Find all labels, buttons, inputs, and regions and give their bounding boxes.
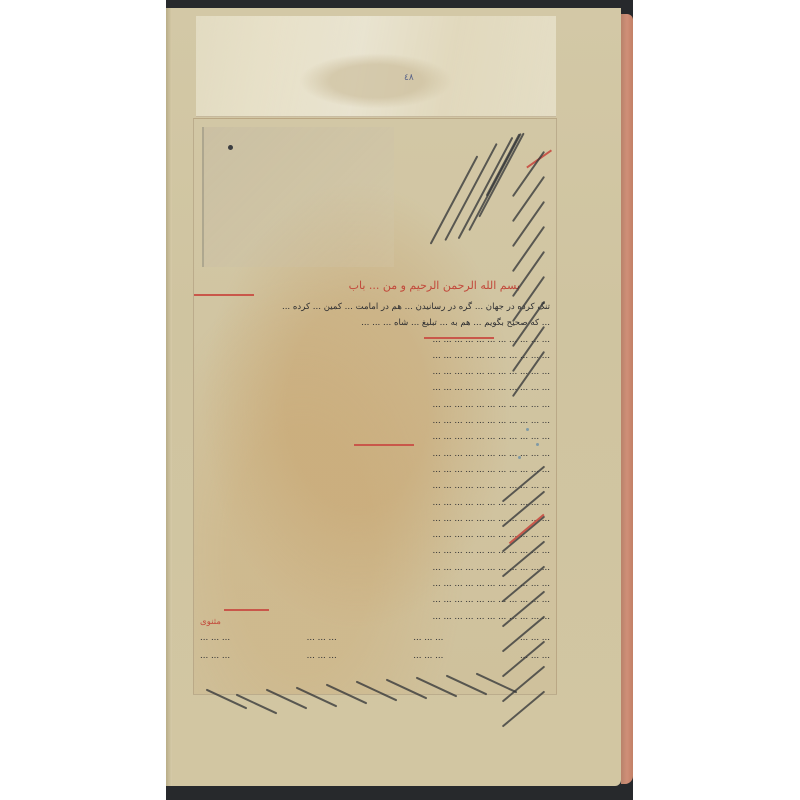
ink-blot — [228, 145, 233, 150]
hemistich: ... ... ... — [307, 651, 337, 661]
hemistich: ... ... ... — [413, 633, 443, 643]
hemistich: ... ... ... — [200, 633, 230, 643]
rubric-heading: بسم الله الرحمن الرحیم و من ... باب — [200, 279, 520, 292]
paper-guard-top: ٤٨ — [196, 16, 556, 117]
overline-mark — [424, 337, 494, 339]
hemistich: ... ... ... — [413, 651, 443, 661]
rubric-stroke — [194, 294, 254, 296]
overline-mark — [354, 444, 414, 446]
book-spine-edge — [621, 14, 633, 784]
diagonal-annotation — [404, 129, 504, 269]
folio-number-mark: ٤٨ — [404, 73, 414, 83]
hemistich: ... ... ... — [307, 633, 337, 643]
manuscript-leaf: ٤٨ بسم الله الرحمن الرحیم و من ... باب ت… — [166, 8, 621, 786]
rubric-word: مثنوی — [200, 617, 221, 627]
bottom-diagonal-notes — [194, 668, 514, 738]
hemistich: ... ... ... — [200, 651, 230, 661]
marginal-annotations — [496, 138, 556, 738]
margin-red-mark — [509, 514, 544, 544]
leaf-left-edge — [166, 8, 172, 786]
overline-mark — [224, 609, 269, 611]
faded-inset-area — [202, 127, 394, 267]
manuscript-scan: ٤٨ بسم الله الرحمن الرحیم و من ... باب ت… — [166, 0, 633, 800]
